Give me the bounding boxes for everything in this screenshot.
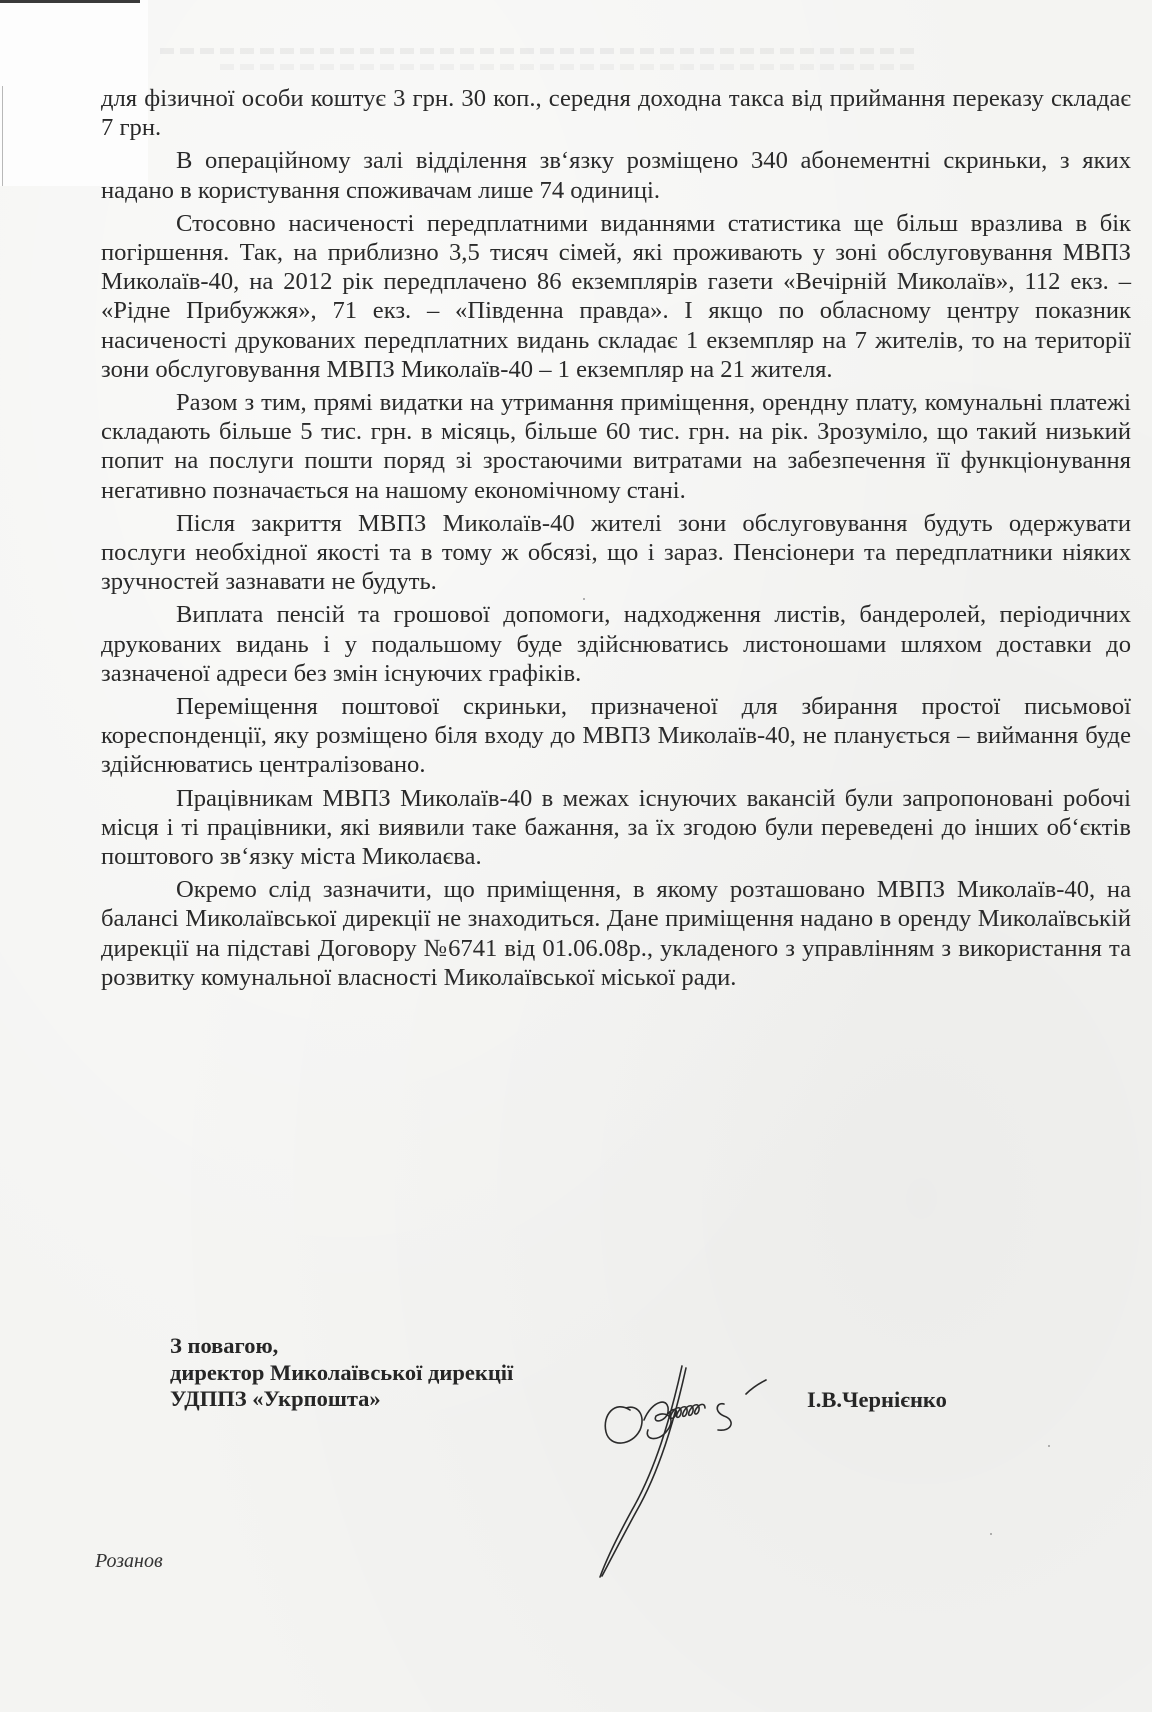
scan-speck: [1048, 1445, 1050, 1447]
signer-name: І.В.Чернієнко: [807, 1387, 947, 1413]
show-through-texture: [220, 64, 920, 70]
scan-edge-line: [2, 86, 3, 186]
paragraph-subscriptions: Стосовно насиченості передплатними видан…: [101, 209, 1131, 384]
paragraph-expenses: Разом з тим, прямі видатки на утримання …: [101, 388, 1131, 505]
paragraph-mailbox: Переміщення поштової скриньки, призначен…: [101, 692, 1131, 780]
paragraph-pensions-delivery: Виплата пенсій та грошової допомоги, над…: [101, 600, 1131, 688]
paragraph-po-boxes: В операційному залі відділення зв‘язку р…: [101, 146, 1131, 204]
scan-speck: [583, 598, 585, 600]
paragraph-fees: для фізичної особи коштує 3 грн. 30 коп.…: [101, 84, 1131, 142]
show-through-texture: [160, 48, 920, 54]
salutation: З повагою,: [170, 1333, 513, 1360]
closing-block: З повагою, директор Миколаївської дирекц…: [170, 1333, 513, 1413]
executor-name: Розанов: [95, 1550, 163, 1573]
paragraph-staff: Працівникам МВПЗ Миколаїв-40 в межах існ…: [101, 784, 1131, 872]
signer-organization: УДППЗ «Укрпошта»: [170, 1386, 513, 1413]
paragraph-after-closure: Після закриття МВПЗ Миколаїв-40 жителі з…: [101, 509, 1131, 597]
scan-speck: [990, 1533, 992, 1535]
scan-speck: [1000, 612, 1002, 614]
scan-corner-shadow: [0, 0, 140, 3]
signer-position: директор Миколаївської дирекції: [170, 1360, 513, 1387]
paragraph-premises: Окремо слід зазначити, що приміщення, в …: [101, 875, 1131, 992]
letter-body: для фізичної особи коштує 3 грн. 30 коп.…: [101, 84, 1131, 992]
